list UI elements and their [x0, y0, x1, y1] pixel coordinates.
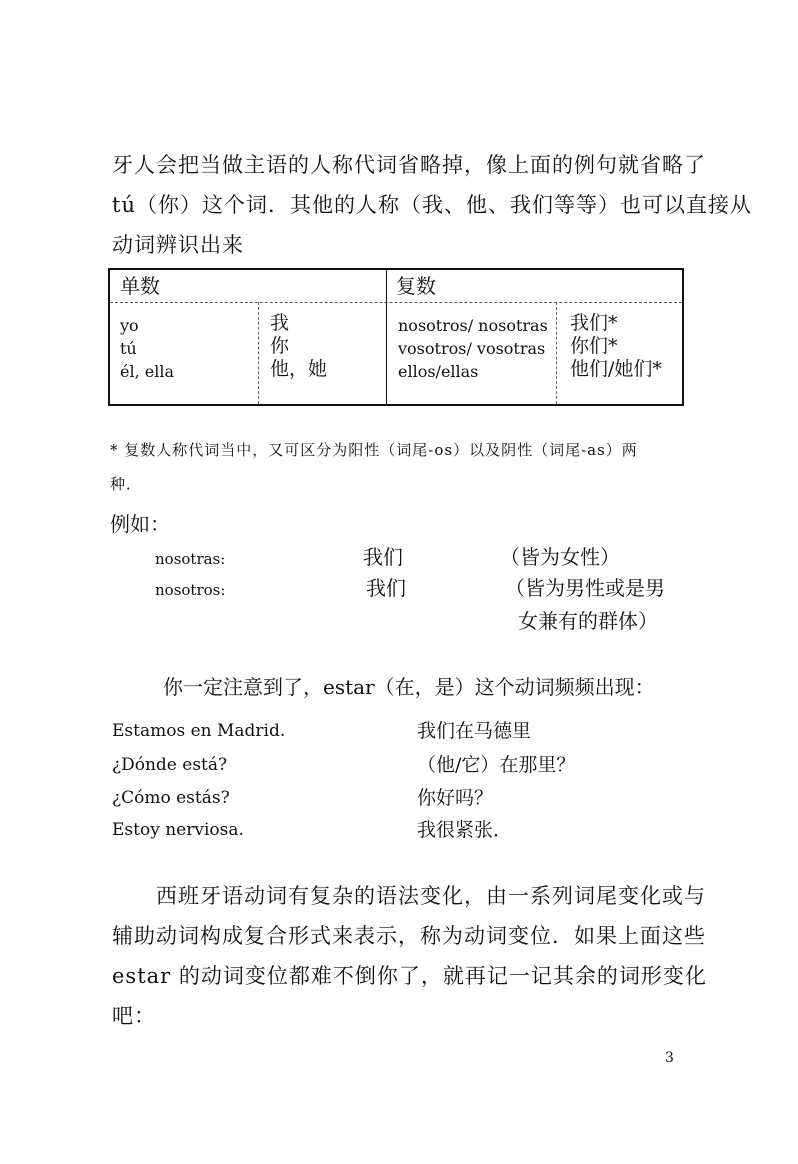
- pronoun-yo: yo: [120, 314, 174, 337]
- phrase-4-chinese: 我很紧张．: [417, 815, 512, 845]
- plural-spanish-column: nosotros/ nosotras vosotros/ vosotras el…: [398, 314, 548, 383]
- phrase-1-chinese: 我们在马德里: [417, 716, 531, 746]
- conjugation-paragraph: 西班牙语动词有复杂的语法变化，由一系列词尾变化或与 辅助动词构成复合形式来表示，…: [112, 876, 692, 1036]
- header-divider: [110, 302, 682, 303]
- conjugation-line-2: 辅助动词构成复合形式来表示，称为动词变位．如果上面这些: [112, 916, 692, 956]
- pronoun-table: 单数 复数 yo tú él, ella 我 你 他，她 nosotros/ n…: [108, 268, 684, 406]
- page-number: 3: [665, 1050, 674, 1066]
- phrase-1-spanish: Estamos en Madrid.: [112, 716, 285, 746]
- singular-plural-divider: [386, 270, 387, 404]
- singular-chinese-column: 我 你 他，她: [270, 312, 327, 381]
- examples-label: 例如：: [110, 509, 170, 539]
- example-row-1-chinese: 我们: [363, 542, 403, 572]
- singular-spanish-column: yo tú él, ella: [120, 314, 174, 383]
- estar-intro: 你一定注意到了，estar（在，是）这个动词频频出现：: [163, 672, 655, 702]
- pronoun-el-ella: él, ella: [120, 360, 174, 383]
- phrase-3-spanish: ¿Cómo estás?: [112, 783, 230, 813]
- pronoun-ellos: ellos/ellas: [398, 360, 548, 383]
- example-row-1-note: （皆为女性）: [500, 542, 620, 572]
- pronoun-cn-tamen: 他们/她们*: [570, 358, 662, 381]
- intro-paragraph: 牙人会把当做主语的人称代词省略掉，像上面的例句就省略了 tú（你）这个词．其他的…: [112, 145, 692, 265]
- header-plural: 复数: [396, 272, 436, 300]
- example-row-1-spanish: nosotras:: [155, 542, 225, 574]
- pronoun-cn-ni: 你: [270, 335, 327, 358]
- example-row-2-chinese: 我们: [366, 573, 406, 603]
- footnote: * 复数人称代词当中，又可区分为阳性（词尾-os）以及阴性（词尾-as）两 种．: [110, 433, 690, 501]
- plural-chinese-column: 我们* 你们* 他们/她们*: [570, 312, 662, 381]
- singular-column-divider: [258, 302, 259, 404]
- phrase-2-spanish: ¿Dónde está?: [112, 750, 227, 780]
- pronoun-nosotros: nosotros/ nosotras: [398, 314, 548, 337]
- phrase-2-chinese: （他/它）在那里？: [417, 750, 575, 780]
- intro-line-2: tú（你）这个词．其他的人称（我、他、我们等等）也可以直接从: [112, 185, 692, 225]
- phrase-3-chinese: 你好吗？: [417, 783, 493, 813]
- pronoun-vosotros: vosotros/ vosotras: [398, 337, 548, 360]
- example-row-2-spanish: nosotros:: [155, 573, 225, 605]
- example-row-2-note-line-2: 女兼有的群体）: [518, 606, 658, 636]
- header-singular: 单数: [120, 272, 160, 300]
- conjugation-line-4: 吧：: [112, 996, 692, 1036]
- footnote-line-1: * 复数人称代词当中，又可区分为阳性（词尾-os）以及阴性（词尾-as）两: [110, 433, 690, 467]
- pronoun-cn-nimen: 你们*: [570, 335, 662, 358]
- example-row-2-note-line-1: （皆为男性或是男: [505, 573, 665, 603]
- intro-line-3: 动词辨识出来: [112, 225, 692, 265]
- pronoun-tu: tú: [120, 337, 174, 360]
- phrase-4-spanish: Estoy nerviosa.: [112, 815, 244, 845]
- intro-line-1: 牙人会把当做主语的人称代词省略掉，像上面的例句就省略了: [112, 145, 692, 185]
- pronoun-cn-women: 我们*: [570, 312, 662, 335]
- pronoun-cn-ta: 他，她: [270, 358, 327, 381]
- footnote-line-2: 种．: [110, 467, 690, 501]
- pronoun-cn-wo: 我: [270, 312, 327, 335]
- conjugation-line-3: estar 的动词变位都难不倒你了，就再记一记其余的词形变化: [112, 956, 692, 996]
- conjugation-line-1: 西班牙语动词有复杂的语法变化，由一系列词尾变化或与: [112, 876, 692, 916]
- plural-column-divider: [556, 302, 557, 404]
